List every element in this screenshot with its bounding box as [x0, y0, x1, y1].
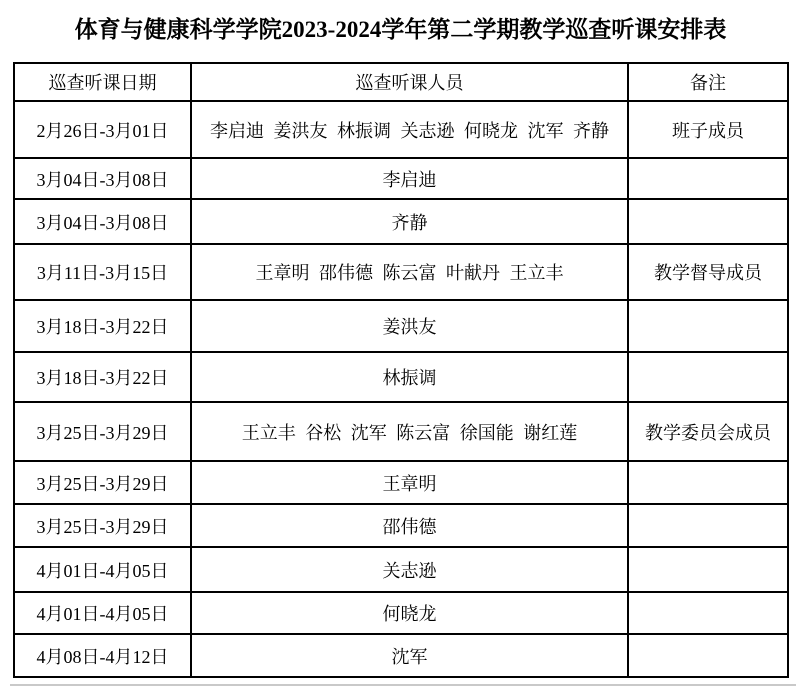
cell-remark [628, 634, 788, 677]
header-personnel: 巡查听课人员 [191, 63, 628, 101]
cell-date: 3月25日-3月29日 [14, 504, 191, 547]
page-title: 体育与健康科学学院2023-2024学年第二学期教学巡查听课安排表 [0, 0, 801, 44]
cell-personnel: 姜洪友 [191, 300, 628, 352]
cell-personnel: 邵伟德 [191, 504, 628, 547]
cell-personnel: 李启迪 姜洪友 林振调 关志逊 何晓龙 沈军 齐静 [191, 101, 628, 158]
cell-date: 4月01日-4月05日 [14, 592, 191, 634]
cell-remark [628, 461, 788, 504]
cell-personnel: 关志逊 [191, 547, 628, 592]
cell-remark [628, 504, 788, 547]
cell-date: 3月04日-3月08日 [14, 199, 191, 244]
inspection-schedule-table: 巡查听课日期 巡查听课人员 备注 2月26日-3月01日 李启迪 姜洪友 林振调… [13, 62, 789, 678]
table-row: 3月18日-3月22日 林振调 [14, 352, 788, 402]
cell-personnel: 何晓龙 [191, 592, 628, 634]
table-row: 4月01日-4月05日 何晓龙 [14, 592, 788, 634]
cell-date: 3月11日-3月15日 [14, 244, 191, 300]
header-row: 巡查听课日期 巡查听课人员 备注 [14, 63, 788, 101]
cell-remark: 教学委员会成员 [628, 402, 788, 461]
cell-remark: 班子成员 [628, 101, 788, 158]
cell-remark: 教学督导成员 [628, 244, 788, 300]
document-page: 体育与健康科学学院2023-2024学年第二学期教学巡查听课安排表 巡查听课日期… [0, 0, 801, 693]
cell-date: 3月04日-3月08日 [14, 158, 191, 199]
table-row: 3月11日-3月15日 王章明 邵伟德 陈云富 叶献丹 王立丰 教学督导成员 [14, 244, 788, 300]
cell-date: 3月25日-3月29日 [14, 461, 191, 504]
table-row: 4月08日-4月12日 沈军 [14, 634, 788, 677]
cell-date: 3月18日-3月22日 [14, 300, 191, 352]
cell-personnel: 沈军 [191, 634, 628, 677]
cell-date: 4月01日-4月05日 [14, 547, 191, 592]
cell-personnel: 王章明 邵伟德 陈云富 叶献丹 王立丰 [191, 244, 628, 300]
cell-remark [628, 547, 788, 592]
table-row: 3月25日-3月29日 王立丰 谷松 沈军 陈云富 徐国能 谢红莲 教学委员会成… [14, 402, 788, 461]
cell-personnel: 王章明 [191, 461, 628, 504]
cell-personnel: 李启迪 [191, 158, 628, 199]
header-remark: 备注 [628, 63, 788, 101]
cell-date: 3月18日-3月22日 [14, 352, 191, 402]
table-row: 3月25日-3月29日 邵伟德 [14, 504, 788, 547]
cell-remark [628, 158, 788, 199]
cell-date: 2月26日-3月01日 [14, 101, 191, 158]
table-row: 3月18日-3月22日 姜洪友 [14, 300, 788, 352]
cell-personnel: 林振调 [191, 352, 628, 402]
cell-remark [628, 592, 788, 634]
cell-date: 3月25日-3月29日 [14, 402, 191, 461]
table-row: 3月04日-3月08日 齐静 [14, 199, 788, 244]
cell-date: 4月08日-4月12日 [14, 634, 191, 677]
table-row: 3月25日-3月29日 王章明 [14, 461, 788, 504]
table-row: 3月04日-3月08日 李启迪 [14, 158, 788, 199]
cell-personnel: 王立丰 谷松 沈军 陈云富 徐国能 谢红莲 [191, 402, 628, 461]
cell-remark [628, 199, 788, 244]
table-row: 2月26日-3月01日 李启迪 姜洪友 林振调 关志逊 何晓龙 沈军 齐静 班子… [14, 101, 788, 158]
table-row: 4月01日-4月05日 关志逊 [14, 547, 788, 592]
header-date: 巡查听课日期 [14, 63, 191, 101]
next-page-row-edge [10, 684, 796, 686]
cell-personnel: 齐静 [191, 199, 628, 244]
cell-remark [628, 300, 788, 352]
cell-remark [628, 352, 788, 402]
